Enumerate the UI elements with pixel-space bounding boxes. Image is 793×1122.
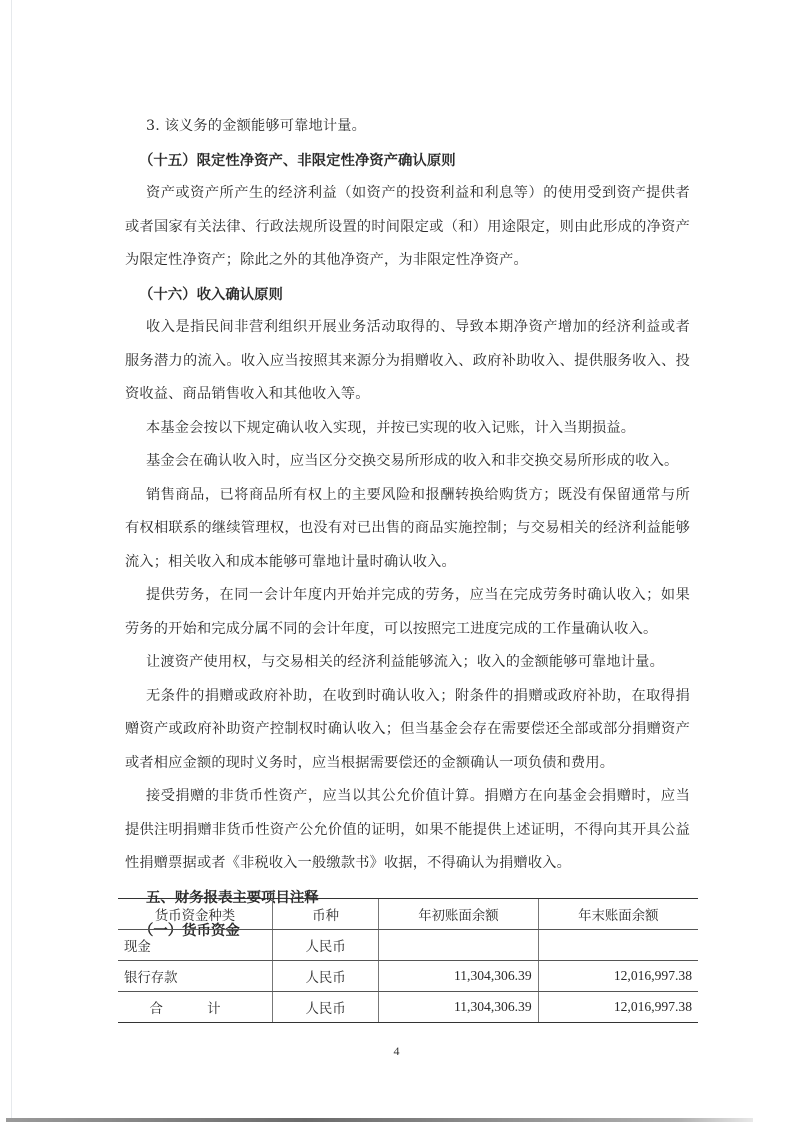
paragraph-revenue-definition: 收入是指民间非营利组织开展业务活动取得的、导致本期净资产增加的经济利益或者服务潜… xyxy=(125,311,690,412)
paragraph-obligation-measure: 3. 该义务的金额能够可靠地计量。 xyxy=(125,110,690,144)
cell-closing-balance xyxy=(538,930,698,961)
header-currency: 币种 xyxy=(273,899,379,930)
header-fund-type: 货币资金种类 xyxy=(118,899,273,930)
paragraph-noncash-donations: 接受捐赠的非货币性资产，应当以其公允价值计算。捐赠方在向基金会捐赠时，应当提供注… xyxy=(125,780,690,881)
page-number: 4 xyxy=(0,1044,793,1059)
heading-revenue-principle: （十六）收入确认原则 xyxy=(125,278,690,312)
scan-edge-bottom xyxy=(6,1118,753,1122)
paragraph-donations-grants: 无条件的捐赠或政府补助，在收到时确认收入；附条件的捐赠或政府补助，在取得捐赠资产… xyxy=(125,680,690,781)
cell-closing-balance-total: 12,016,997.38 xyxy=(538,992,698,1023)
document-body: 3. 该义务的金额能够可靠地计量。 （十五）限定性净资产、非限定性净资产确认原则… xyxy=(125,110,690,948)
paragraph-asset-use-rights: 让渡资产使用权，与交易相关的经济利益能够流入；收入的金额能够可靠地计量。 xyxy=(125,646,690,680)
cell-opening-balance-total: 11,304,306.39 xyxy=(379,992,538,1023)
paragraph-services: 提供劳务，在同一会计年度内开始并完成的劳务，应当在完成劳务时确认收入；如果劳务的… xyxy=(125,579,690,646)
table-total-row: 合 计 人民币 11,304,306.39 12,016,997.38 xyxy=(118,992,698,1023)
paragraph-net-assets: 资产或资产所产生的经济利益（如资产的投资利益和利息等）的使用受到资产提供者或者国… xyxy=(125,177,690,278)
cell-closing-balance: 12,016,997.38 xyxy=(538,961,698,992)
cell-currency: 人民币 xyxy=(273,992,379,1023)
scan-edge-left xyxy=(11,0,12,1118)
paragraph-goods-sales: 销售商品，已将商品所有权上的主要风险和报酬转换给购货方；既没有保留通常与所有权相… xyxy=(125,479,690,580)
heading-net-assets-principle: （十五）限定性净资产、非限定性净资产确认原则 xyxy=(125,144,690,178)
paragraph-revenue-realization: 本基金会按以下规定确认收入实现，并按已实现的收入记账，计入当期损益。 xyxy=(125,412,690,446)
cell-currency: 人民币 xyxy=(273,930,379,961)
header-closing-balance: 年末账面余额 xyxy=(538,899,698,930)
table-header-row: 货币资金种类 币种 年初账面余额 年末账面余额 xyxy=(118,899,698,930)
cell-opening-balance xyxy=(379,930,538,961)
paragraph-exchange-transactions: 基金会在确认收入时，应当区分交换交易所形成的收入和非交换交易所形成的收入。 xyxy=(125,445,690,479)
cell-fund-type: 现金 xyxy=(118,930,273,961)
header-opening-balance: 年初账面余额 xyxy=(379,899,538,930)
cell-currency: 人民币 xyxy=(273,961,379,992)
cell-fund-type: 银行存款 xyxy=(118,961,273,992)
monetary-funds-table: 货币资金种类 币种 年初账面余额 年末账面余额 现金 人民币 银行存款 人民币 … xyxy=(118,898,698,1023)
table-row: 银行存款 人民币 11,304,306.39 12,016,997.38 xyxy=(118,961,698,992)
table-row: 现金 人民币 xyxy=(118,930,698,961)
cell-opening-balance: 11,304,306.39 xyxy=(379,961,538,992)
cell-total-label: 合 计 xyxy=(118,992,273,1023)
